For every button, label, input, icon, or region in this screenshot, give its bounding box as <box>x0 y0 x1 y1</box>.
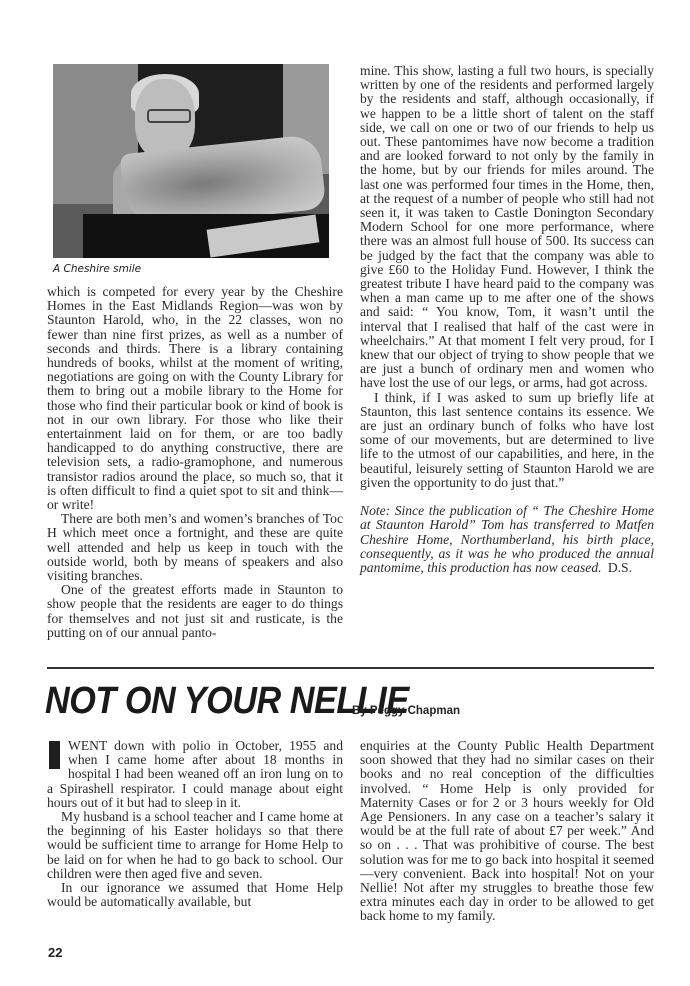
article2-right-column: enquiries at the County Public Health De… <box>360 739 654 924</box>
editor-signature: D.S. <box>608 561 654 575</box>
photo-cheshire-smile <box>53 64 329 258</box>
paragraph: There are both men’s and women’s branche… <box>47 512 343 583</box>
paragraph: I think, if I was asked to sum up briefl… <box>360 391 654 490</box>
paragraph: One of the greatest efforts made in Stau… <box>47 583 343 640</box>
paragraph: which is competed for every year by the … <box>47 285 343 512</box>
editor-note: Note: Since the publication of “ The Che… <box>360 504 654 575</box>
paragraph: mine. This show, lasting a full two hour… <box>360 64 654 391</box>
paragraph: My husband is a school teacher and I cam… <box>47 810 343 881</box>
photo-caption: A Cheshire smile <box>53 263 141 275</box>
page-number: 22 <box>48 945 62 960</box>
article1-right-column: mine. This show, lasting a full two hour… <box>360 64 654 575</box>
article1-left-column: which is competed for every year by the … <box>47 285 343 640</box>
article2-left-column: WENT down with polio in October, 1955 an… <box>47 739 343 909</box>
paragraph-text: WENT down with polio in October, 1955 an… <box>47 738 343 810</box>
article-byline: By Peggy Chapman <box>352 705 460 717</box>
paragraph: enquiries at the County Public Health De… <box>360 739 654 924</box>
section-divider <box>47 667 654 669</box>
paragraph: In our ignorance we assumed that Home He… <box>47 881 343 909</box>
dropcap-letter <box>49 741 60 769</box>
photo-glasses <box>147 109 191 123</box>
paragraph: WENT down with polio in October, 1955 an… <box>47 739 343 810</box>
